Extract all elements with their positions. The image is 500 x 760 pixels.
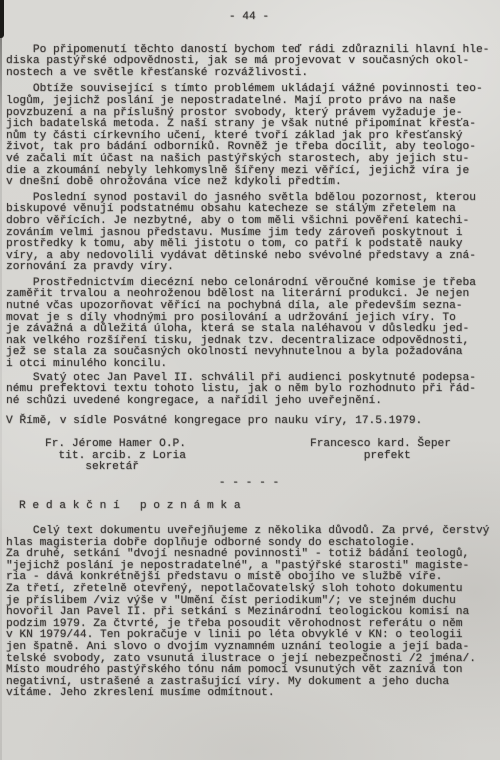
separator-dashes: - - - - - <box>6 478 492 490</box>
editorial-note-heading: R e d a k č n í p o z n á m k a <box>19 501 492 513</box>
body-paragraph-5: Svatý otec Jan Pavel II. schválil při au… <box>6 373 492 408</box>
scan-left-edge-shadow <box>0 0 2 760</box>
signature-secretary: Fr. Jérome Hamer O.P. tit. arcib. z Lori… <box>45 439 186 474</box>
signature-block: Fr. Jérome Hamer O.P. tit. arcib. z Lori… <box>6 439 492 474</box>
signature-prefect: Francesco kard. Šeper prefekt <box>310 439 451 462</box>
body-paragraph-1: Po připomenutí těchto daností bychom teď… <box>6 45 492 80</box>
page-content: - 44 - Po připomenutí těchto daností byc… <box>6 0 492 700</box>
body-paragraph-3: Poslední synod postavil do jasného světl… <box>6 193 492 274</box>
body-paragraph-4: Prostřednictvím diecézní nebo celonárodn… <box>6 278 492 371</box>
date-line: V Římě, v sídle Posvátné kongregace pro … <box>6 416 492 428</box>
editorial-note-paragraph: Celý text dokumentu uveřejňujeme z někol… <box>6 526 492 700</box>
body-paragraph-2: Obtíže související s tímto problémem ukl… <box>6 84 492 188</box>
scan-edge-mark <box>0 0 4 38</box>
page-number: - 44 - <box>6 12 492 24</box>
scanned-document-page: - 44 - Po připomenutí těchto daností byc… <box>0 0 500 760</box>
